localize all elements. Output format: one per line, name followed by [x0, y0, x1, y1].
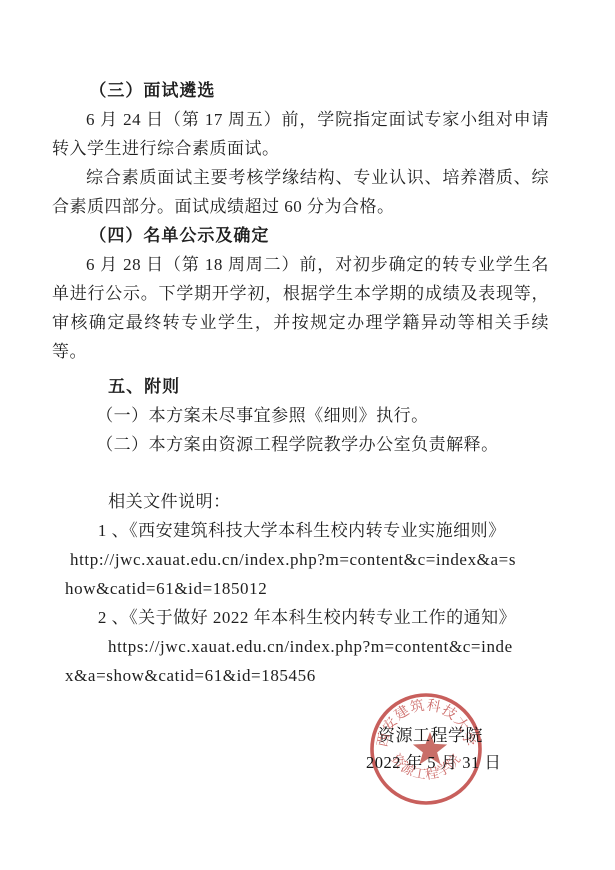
- heading-supplementary-rules: 五、附则: [52, 372, 549, 401]
- signature-organization: 资源工程学院: [378, 721, 483, 746]
- heading-list-publicity: （四）名单公示及确定: [52, 221, 549, 250]
- seal-star-icon: [413, 732, 447, 765]
- related-doc-2-url-line1: https://jwc.xauat.edu.cn/index.php?m=con…: [52, 632, 549, 661]
- related-files-label: 相关文件说明：: [52, 487, 549, 516]
- paragraph-list-publicity: 6 月 28 日（第 18 周周二）前，对初步确定的转专业学生名单进行公示。下学…: [52, 250, 549, 366]
- signature-date: 2022 年 5 月 31 日: [366, 749, 501, 773]
- related-doc-1-url: http://jwc.xauat.edu.cn/index.php?m=cont…: [52, 545, 549, 603]
- seal-graphic: 西安建筑科技大学 资源工程学院: [369, 692, 483, 806]
- related-doc-2-title: 2 、《关于做好 2022 年本科生校内转专业工作的通知》: [52, 603, 549, 632]
- rule-item-1: （一）本方案未尽事宜参照《细则》执行。: [52, 401, 549, 430]
- paragraph-interview-date: 6 月 24 日（第 17 周五）前，学院指定面试专家小组对申请转入学生进行综合…: [52, 105, 549, 163]
- related-doc-1-url-line2: how&catid=61&id=185012: [52, 574, 549, 603]
- related-doc-2-url-line2: x&a=show&catid=61&id=185456: [52, 661, 549, 690]
- seal-ring: [372, 695, 480, 803]
- official-seal: 西安建筑科技大学 资源工程学院: [369, 692, 483, 806]
- heading-interview-selection: （三）面试遴选: [52, 76, 549, 105]
- paragraph-interview-scope: 综合素质面试主要考核学缘结构、专业认识、培养潜质、综合素质四部分。面试成绩超过 …: [52, 163, 549, 221]
- rule-item-2: （二）本方案由资源工程学院教学办公室负责解释。: [52, 430, 549, 459]
- related-doc-1-title: 1 、《西安建筑科技大学本科生校内转专业实施细则》: [52, 516, 549, 545]
- related-doc-2-url: https://jwc.xauat.edu.cn/index.php?m=con…: [52, 632, 549, 690]
- document-page: （三）面试遴选 6 月 24 日（第 17 周五）前，学院指定面试专家小组对申请…: [0, 0, 615, 870]
- document-body: （三）面试遴选 6 月 24 日（第 17 周五）前，学院指定面试专家小组对申请…: [0, 0, 615, 690]
- svg-text:西安建筑科技大学: 西安建筑科技大学: [375, 697, 478, 749]
- svg-text:资源工程学院: 资源工程学院: [388, 751, 463, 782]
- related-doc-1-url-line1: http://jwc.xauat.edu.cn/index.php?m=cont…: [52, 545, 549, 574]
- seal-arc-text: 西安建筑科技大学: [375, 697, 478, 749]
- seal-bottom-text: 资源工程学院: [388, 751, 463, 782]
